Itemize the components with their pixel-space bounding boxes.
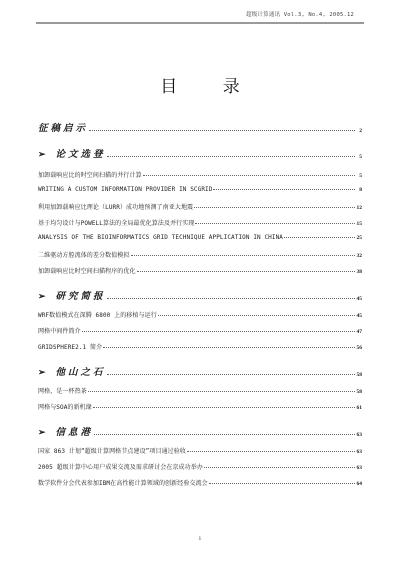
toc-page-number: 2 (356, 128, 362, 134)
toc-label-text: 网格中间件简介 (38, 328, 81, 335)
toc-label: ➢论文选登 (38, 146, 106, 160)
toc-label-text: 他山之石 (56, 367, 106, 378)
toc-entry[interactable]: GRIDSPHERE2.1 简介56 (38, 342, 362, 351)
toc-label-text: 利用加卸载响应比理论（LURR）成功地预测了南亚大地震 (38, 204, 193, 211)
toc-section-heading[interactable]: ➢信息港63 (38, 424, 362, 438)
toc-label-text: 研究简报 (56, 291, 106, 302)
toc-label: 国家 863 计划“超级计算网格节点建设”项目通过验收 (38, 446, 186, 455)
toc-entry[interactable]: 加卸载响应比的时空间扫描的井行计算5 (38, 170, 362, 179)
toc-label: 利用加卸载响应比理论（LURR）成功地预测了南亚大地震 (38, 202, 193, 211)
journal-citation: 超级计算通讯 Vol.3, No.4, 2005.12 (246, 10, 354, 18)
toc-label: 2005 超级计算中心用户成果交流及需求研讨会在京成功举办 (38, 462, 203, 471)
toc-page-number: 63 (356, 465, 362, 471)
toc-label: 网格与SOA的新机缘 (38, 402, 92, 411)
toc-page-number: 58 (356, 389, 362, 395)
toc-page-number: 61 (356, 405, 362, 411)
toc-label: 数学软件分会代表参加IBM在高性能计算领域的创新经验交流会 (38, 478, 208, 487)
toc-entry[interactable]: WRF数值模式在深腾 6800 上的移植与运行45 (38, 310, 362, 319)
toc-page-number: 45 (356, 313, 362, 319)
toc-entry[interactable]: 基于均匀设计与POWELL算法的全局最优化算法及并行实现15 (38, 218, 362, 227)
toc-label: 征稿启示 (38, 120, 88, 134)
toc-entry[interactable]: 国家 863 计划“超级计算网格节点建设”项目通过验收63 (38, 446, 362, 455)
toc-label: ANALYSIS OF THE BIOINFORMATICS GRID TECH… (38, 234, 283, 241)
arrow-bullet-icon: ➢ (38, 150, 46, 160)
toc-label-text: ANALYSIS OF THE BIOINFORMATICS GRID TECH… (38, 234, 283, 241)
toc-entry[interactable]: 数学软件分会代表参加IBM在高性能计算领域的创新经验交流会64 (38, 478, 362, 487)
toc-label-text: 网格与SOA的新机缘 (38, 404, 92, 411)
toc-label-text: 基于均匀设计与POWELL算法的全局最优化算法及并行实现 (38, 220, 194, 227)
page-title: 目 录 (0, 72, 400, 97)
arrow-bullet-icon: ➢ (38, 368, 46, 378)
toc-label: WRF数值模式在深腾 6800 上的移植与运行 (38, 310, 157, 319)
dot-leader (82, 331, 355, 332)
dot-leader (137, 271, 355, 272)
dot-leader (107, 298, 355, 299)
toc-page-number: 12 (356, 205, 362, 211)
toc-label-text: 数学软件分会代表参加IBM在高性能计算领域的创新经验交流会 (38, 480, 208, 487)
toc-page-number: 45 (356, 296, 362, 302)
toc-page-number: 15 (356, 221, 362, 227)
toc-entry[interactable]: 加卸载响应比时空间扫描程序的优化38 (38, 266, 362, 275)
toc-label-text: WRITING A CUSTOM INFORMATION PROVIDER IN… (38, 186, 212, 193)
dot-leader (94, 434, 355, 435)
toc-section-heading[interactable]: ➢他山之石58 (38, 364, 362, 378)
toc-label-text: 加卸载响应比的时空间扫描的井行计算 (38, 172, 142, 179)
toc-page-number: 8 (356, 187, 362, 193)
toc-label: 加卸载响应比时空间扫描程序的优化 (38, 266, 136, 275)
toc-label: ➢研究简报 (38, 288, 106, 302)
toc-page-number: 63 (356, 449, 362, 455)
dot-leader (131, 255, 355, 256)
toc-entry[interactable]: 网格与SOA的新机缘61 (38, 402, 362, 411)
toc-entry[interactable]: 2005 超级计算中心用户成果交流及需求研讨会在京成功举办63 (38, 462, 362, 471)
dot-leader (103, 347, 355, 348)
toc-entry[interactable]: WRITING A CUSTOM INFORMATION PROVIDER IN… (38, 186, 362, 193)
toc-label: 二维驱动方腔流体的差分数值模拟 (38, 250, 130, 259)
toc-label-text: 网格，是一杯热茶 (38, 388, 87, 395)
toc-entry[interactable]: 网格中间件简介47 (38, 326, 362, 335)
toc-page-number: 56 (356, 345, 362, 351)
toc-page-number: 5 (356, 154, 362, 160)
dot-leader (187, 451, 355, 452)
toc-entry[interactable]: ANALYSIS OF THE BIOINFORMATICS GRID TECH… (38, 234, 362, 241)
arrow-bullet-icon: ➢ (38, 292, 46, 302)
toc-page-number: 25 (356, 235, 362, 241)
toc-label-text: 论文选登 (56, 149, 106, 160)
toc-label-text: 信息港 (56, 427, 94, 438)
dot-leader (93, 407, 355, 408)
dot-leader (195, 223, 355, 224)
toc-label-text: 2005 超级计算中心用户成果交流及需求研讨会在京成功举办 (38, 464, 203, 471)
toc-label: 网格中间件简介 (38, 326, 81, 335)
toc-entry[interactable]: 网格，是一杯热茶58 (38, 386, 362, 395)
dot-leader (143, 175, 355, 176)
toc-label: WRITING A CUSTOM INFORMATION PROVIDER IN… (38, 186, 212, 193)
toc-page-number: 32 (356, 253, 362, 259)
dot-leader (194, 207, 355, 208)
toc-section-heading[interactable]: ➢论文选登5 (38, 146, 362, 160)
toc-page-number: 63 (356, 432, 362, 438)
toc-section-heading[interactable]: ➢研究简报45 (38, 288, 362, 302)
dot-leader (284, 237, 355, 238)
dot-leader (89, 130, 355, 131)
dot-leader (107, 156, 355, 157)
toc-label-text: GRIDSPHERE2.1 简介 (38, 344, 102, 351)
dot-leader (204, 467, 355, 468)
toc-label: 基于均匀设计与POWELL算法的全局最优化算法及并行实现 (38, 218, 194, 227)
toc-entry[interactable]: 二维驱动方腔流体的差分数值模拟32 (38, 250, 362, 259)
toc-label: ➢他山之石 (38, 364, 106, 378)
dot-leader (213, 189, 355, 190)
toc-page-number: 58 (356, 372, 362, 378)
toc-label-text: 征稿启示 (38, 123, 88, 134)
toc-page-number: 5 (356, 173, 362, 179)
dot-leader (107, 374, 355, 375)
dot-leader (209, 483, 355, 484)
toc-page-number: 47 (356, 329, 362, 335)
toc-label-text: WRF数值模式在深腾 6800 上的移植与运行 (38, 312, 157, 319)
toc-label: 网格，是一杯热茶 (38, 386, 87, 395)
dot-leader (88, 391, 355, 392)
dot-leader (158, 315, 355, 316)
toc-label: 加卸载响应比的时空间扫描的井行计算 (38, 170, 142, 179)
running-header: 超级计算通讯 Vol.3, No.4, 2005.12 (36, 8, 364, 24)
toc-page-number: 38 (356, 269, 362, 275)
toc-label-text: 加卸载响应比时空间扫描程序的优化 (38, 268, 136, 275)
toc-label-text: 二维驱动方腔流体的差分数值模拟 (38, 252, 130, 259)
toc-label-text: 国家 863 计划“超级计算网格节点建设”项目通过验收 (38, 448, 186, 455)
page-number: 1 (0, 536, 400, 542)
toc-label: ➢信息港 (38, 424, 93, 438)
toc-label: GRIDSPHERE2.1 简介 (38, 342, 102, 351)
toc-entry[interactable]: 利用加卸载响应比理论（LURR）成功地预测了南亚大地震12 (38, 202, 362, 211)
arrow-bullet-icon: ➢ (38, 428, 46, 438)
toc-page-number: 64 (356, 481, 362, 487)
toc-section-heading[interactable]: 征稿启示2 (38, 120, 362, 134)
